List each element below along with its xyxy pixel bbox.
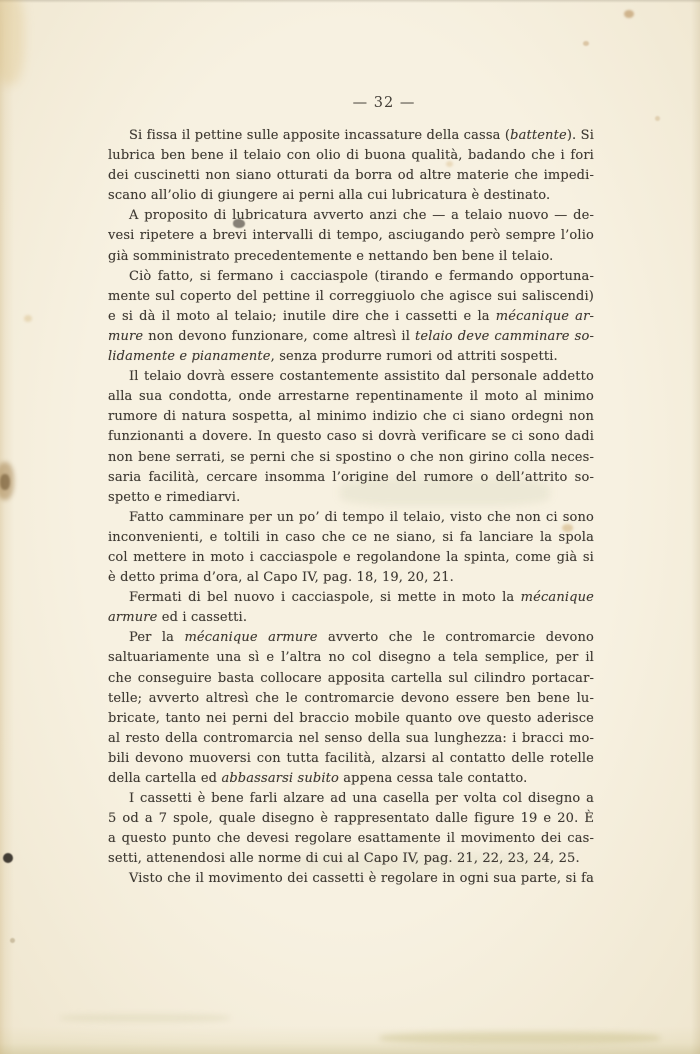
italic-text-segment: abbassarsi subito xyxy=(221,771,339,786)
text-line: Per la mécanique armure avverto che le c… xyxy=(108,628,594,648)
italic-text-segment: armure xyxy=(108,610,157,625)
text-segment: appena cessa tale contatto. xyxy=(339,771,527,786)
text-line: non bene serrati, se perni che si sposti… xyxy=(108,448,594,468)
text-segment: lubrica ben bene il telaio con olio di b… xyxy=(108,148,594,163)
text-line: mente sul coperto del pettine il corregg… xyxy=(108,287,594,307)
italic-text-segment: mécanique ar- xyxy=(496,309,594,324)
text-segment: , senza produrre rumori od attriti sospe… xyxy=(271,349,558,364)
text-segment: non devono funzionare, come altresì il xyxy=(143,329,415,344)
text-line: funzionanti a dovere. In questo caso si … xyxy=(108,427,594,447)
text-segment: Si fissa il pettine sulle apposite incas… xyxy=(129,128,510,143)
text-segment: inconvenienti, e toltili in caso che ce … xyxy=(108,530,594,545)
text-line: setti, attenendosi alle norme di cui al … xyxy=(108,849,594,869)
text-segment: 5 od a 7 spole, quale disegno è rapprese… xyxy=(108,811,594,826)
text-segment: Il telaio dovrà essere costantemente ass… xyxy=(129,369,594,384)
paragraph: Visto che il movimento dei cassetti è re… xyxy=(108,869,594,889)
text-line: già somministrato precedentemente e nett… xyxy=(108,247,594,267)
text-line: rumore di natura sospetta, al minimo ind… xyxy=(108,407,594,427)
paragraph: Ciò fatto, si fermano i cacciaspole (tir… xyxy=(108,267,594,367)
text-line: inconvenienti, e toltili in caso che ce … xyxy=(108,528,594,548)
paragraph: Si fissa il pettine sulle apposite incas… xyxy=(108,126,594,206)
paragraph: Fatto camminare per un po’ di tempo il t… xyxy=(108,508,594,588)
text-segment: Ciò fatto, si fermano i cacciaspole (tir… xyxy=(129,269,594,284)
text-block: Si fissa il pettine sulle apposite incas… xyxy=(108,126,594,890)
text-line: Ciò fatto, si fermano i cacciaspole (tir… xyxy=(108,267,594,287)
text-line: mure non devono funzionare, come altresì… xyxy=(108,327,594,347)
text-line: è detto prima d’ora, al Capo IV, pag. 18… xyxy=(108,568,594,588)
text-line: Il telaio dovrà essere costantemente ass… xyxy=(108,367,594,387)
text-segment: col mettere in moto i cacciaspole e rego… xyxy=(108,550,594,565)
text-segment: Fatto camminare per un po’ di tempo il t… xyxy=(129,510,594,525)
text-segment: Per la xyxy=(129,630,184,645)
text-line: bili devono muoversi con tutta facilità,… xyxy=(108,749,594,769)
text-segment: dei cuscinetti non siano otturati da bor… xyxy=(108,168,594,183)
text-line: lubrica ben bene il telaio con olio di b… xyxy=(108,146,594,166)
text-segment: scano all’olio di giungere ai perni alla… xyxy=(108,188,550,203)
text-line: vesi ripetere a brevi intervalli di temp… xyxy=(108,226,594,246)
text-segment: saltuariamente una sì e l’altra no col d… xyxy=(108,650,594,665)
text-segment: telle; avverto altresì che le contromarc… xyxy=(108,691,594,706)
text-line: A proposito di lubricatura avverto anzi … xyxy=(108,206,594,226)
text-segment: funzionanti a dovere. In questo caso si … xyxy=(108,429,594,444)
paragraph: A proposito di lubricatura avverto anzi … xyxy=(108,206,594,266)
text-segment: vesi ripetere a brevi intervalli di temp… xyxy=(108,228,594,243)
text-segment: mente sul coperto del pettine il corregg… xyxy=(108,289,594,304)
italic-text-segment: mécanique xyxy=(521,590,594,605)
text-segment: setti, attenendosi alle norme di cui al … xyxy=(108,851,580,866)
text-segment: bricate, tanto nei perni del braccio mob… xyxy=(108,711,594,726)
italic-text-segment: mécanique armure xyxy=(184,630,317,645)
italic-text-segment: battente xyxy=(510,128,567,143)
text-line: dei cuscinetti non siano otturati da bor… xyxy=(108,166,594,186)
text-line: della cartella ed abbassarsi subito appe… xyxy=(108,769,594,789)
text-line: che conseguire basta collocare apposita … xyxy=(108,669,594,689)
text-line: saria facilità, cercare insomma l’origin… xyxy=(108,468,594,488)
italic-text-segment: telaio deve camminare so- xyxy=(415,329,594,344)
text-segment: A proposito di lubricatura avverto anzi … xyxy=(129,208,594,223)
text-segment: e si dà il moto al telaio; inutile dire … xyxy=(108,309,496,324)
text-line: telle; avverto altresì che le contromarc… xyxy=(108,689,594,709)
paragraph: Il telaio dovrà essere costantemente ass… xyxy=(108,367,594,508)
text-line: Visto che il movimento dei cassetti è re… xyxy=(108,869,594,889)
text-line: Si fissa il pettine sulle apposite incas… xyxy=(108,126,594,146)
text-segment: ed i cassetti. xyxy=(157,610,247,625)
text-segment: saria facilità, cercare insomma l’origin… xyxy=(108,470,594,485)
text-line: al resto della contromarcia nel senso de… xyxy=(108,729,594,749)
text-line: armure ed i cassetti. xyxy=(108,608,594,628)
text-segment: è detto prima d’ora, al Capo IV, pag. 18… xyxy=(108,570,454,585)
text-line: lidamente e pianamente, senza produrre r… xyxy=(108,347,594,367)
text-segment: a questo punto che devesi regolare esatt… xyxy=(108,831,594,846)
text-segment: ). Si xyxy=(567,128,594,143)
text-line: alla sua condotta, onde arrestarne repen… xyxy=(108,387,594,407)
italic-text-segment: mure xyxy=(108,329,143,344)
text-segment: spetto e rimediarvi. xyxy=(108,490,240,505)
text-line: col mettere in moto i cacciaspole e rego… xyxy=(108,548,594,568)
text-line: I cassetti è bene farli alzare ad una ca… xyxy=(108,789,594,809)
text-segment: già somministrato precedentemente e nett… xyxy=(108,249,553,264)
text-segment: al resto della contromarcia nel senso de… xyxy=(108,731,594,746)
text-line: e si dà il moto al telaio; inutile dire … xyxy=(108,307,594,327)
paragraph: Fermati di bel nuovo i cacciaspole, si m… xyxy=(108,588,594,628)
text-segment: della cartella ed xyxy=(108,771,221,786)
text-segment: Fermati di bel nuovo i cacciaspole, si m… xyxy=(129,590,521,605)
text-segment: che conseguire basta collocare apposita … xyxy=(108,671,594,686)
text-segment: rumore di natura sospetta, al minimo ind… xyxy=(108,409,594,424)
text-line: Fermati di bel nuovo i cacciaspole, si m… xyxy=(108,588,594,608)
text-line: 5 od a 7 spole, quale disegno è rapprese… xyxy=(108,809,594,829)
text-segment: bili devono muoversi con tutta facilità,… xyxy=(108,751,594,766)
text-line: saltuariamente una sì e l’altra no col d… xyxy=(108,648,594,668)
text-segment: Visto che il movimento dei cassetti è re… xyxy=(129,871,594,886)
text-line: bricate, tanto nei perni del braccio mob… xyxy=(108,709,594,729)
text-line: spetto e rimediarvi. xyxy=(108,488,594,508)
italic-text-segment: lidamente e pianamente xyxy=(108,349,271,364)
paragraph: Per la mécanique armure avverto che le c… xyxy=(108,628,594,789)
text-line: scano all’olio di giungere ai perni alla… xyxy=(108,186,594,206)
paragraph: I cassetti è bene farli alzare ad una ca… xyxy=(108,789,594,869)
text-line: a questo punto che devesi regolare esatt… xyxy=(108,829,594,849)
text-line: Fatto camminare per un po’ di tempo il t… xyxy=(108,508,594,528)
text-segment: alla sua condotta, onde arrestarne repen… xyxy=(108,389,594,404)
text-segment: non bene serrati, se perni che si sposti… xyxy=(108,450,594,465)
text-segment: I cassetti è bene farli alzare ad una ca… xyxy=(129,791,594,806)
page-number-header: — 32 — xyxy=(141,95,627,111)
